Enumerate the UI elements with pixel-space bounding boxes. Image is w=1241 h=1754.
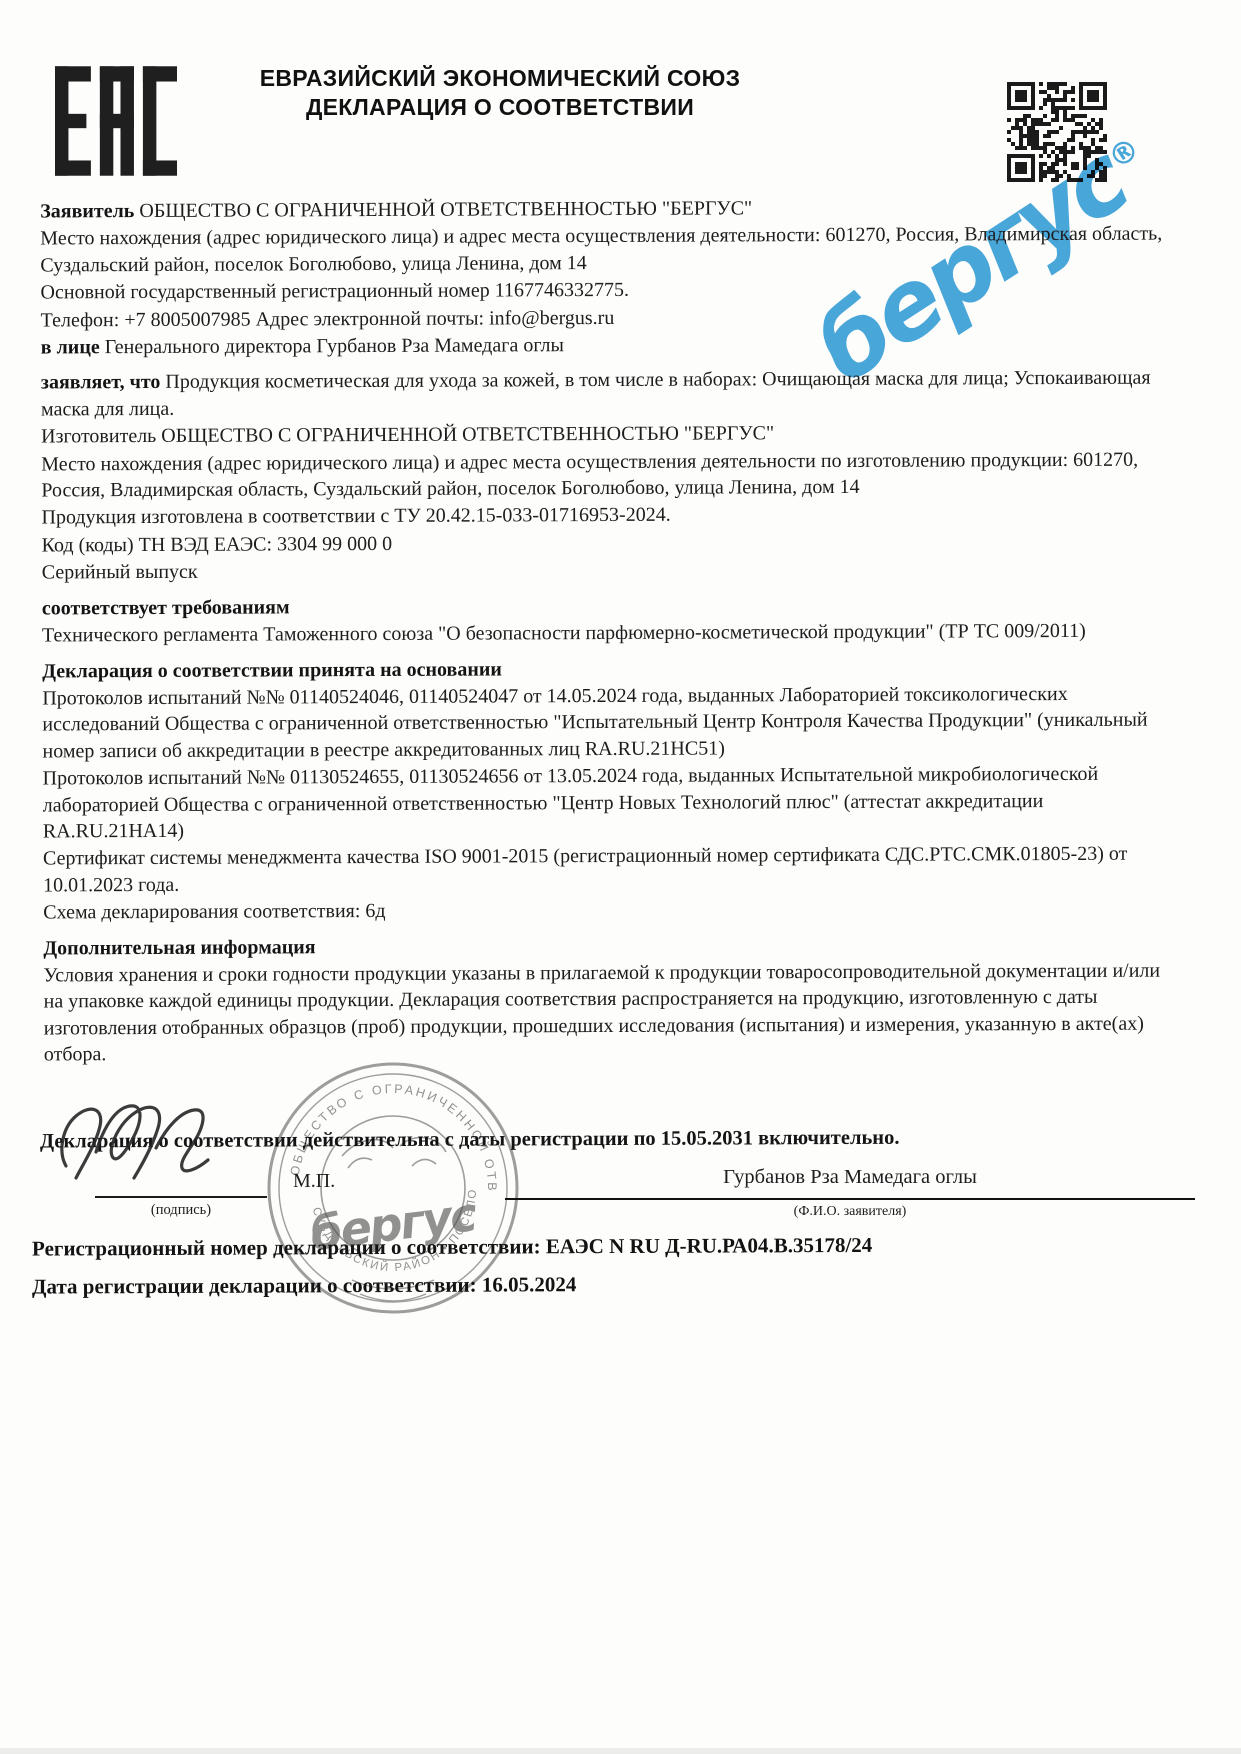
document-paragraph: в лице Генерального директора Гурбанов Р…	[41, 330, 1166, 361]
document-paragraph: Сертификат системы менеджмента качества …	[43, 841, 1168, 899]
signature	[52, 1082, 282, 1197]
document-paragraph: Место нахождения (адрес юридического лиц…	[40, 221, 1165, 279]
document-paragraph: заявляет, что Продукция косметическая дл…	[41, 365, 1166, 423]
title-line-1: ЕВРАЗИЙСКИЙ ЭКОНОМИЧЕСКИЙ СОЮЗ	[240, 64, 760, 93]
document-paragraph: Протоколов испытаний №№ 01140524046, 011…	[42, 680, 1167, 764]
registration-date-line: Дата регистрации декларации о соответств…	[32, 1269, 1202, 1299]
signature-caption: (подпись)	[95, 1202, 267, 1219]
document-paragraph: Схема декларирования соответствия: 6д	[43, 895, 1168, 926]
applicant-name: Гурбанов Рза Мамедага оглы	[505, 1166, 1195, 1189]
eac-logo	[55, 60, 177, 182]
registration-date-label: Дата регистрации декларации о соответств…	[32, 1273, 477, 1299]
signature-line	[95, 1196, 267, 1198]
document-body: Заявитель ОБЩЕСТВО С ОГРАНИЧЕННОЙ ОТВЕТС…	[40, 194, 1169, 1069]
registration-date-value: 16.05.2024	[482, 1272, 577, 1296]
registration-number-label: Регистрационный номер декларации о соотв…	[32, 1234, 541, 1260]
document-paragraph: Дополнительная информация	[43, 930, 1168, 961]
document-paragraph: Телефон: +7 8005007985 Адрес электронной…	[41, 302, 1166, 333]
document-paragraph: Код (коды) ТН ВЭД ЕАЭС: 3304 99 000 0	[42, 527, 1167, 558]
document-title: ЕВРАЗИЙСКИЙ ЭКОНОМИЧЕСКИЙ СОЮЗ ДЕКЛАРАЦИ…	[240, 64, 760, 122]
document-paragraph: Декларация о соответствии принята на осн…	[42, 653, 1167, 684]
qr-code	[1007, 82, 1107, 182]
document-paragraph: Заявитель ОБЩЕСТВО С ОГРАНИЧЕННОЙ ОТВЕТС…	[40, 194, 1165, 225]
registration-number-line: Регистрационный номер декларации о соотв…	[32, 1231, 1202, 1261]
document-paragraph: Условия хранения и сроки годности продук…	[43, 958, 1168, 1069]
registration-number-value: ЕАЭС N RU Д-RU.РА04.В.35178/24	[546, 1233, 873, 1258]
document-paragraph: Продукция изготовлена в соответствии с Т…	[41, 500, 1166, 531]
document-paragraph: Технического регламента Таможенного союз…	[42, 618, 1167, 649]
applicant-name-caption: (Ф.И.О. заявителя)	[505, 1204, 1195, 1220]
title-line-2: ДЕКЛАРАЦИЯ О СООТВЕТСТВИИ	[240, 93, 760, 122]
document-paragraph: Место нахождения (адрес юридического лиц…	[41, 446, 1166, 504]
registered-trademark-icon: ®	[1102, 131, 1146, 177]
document-paragraph: соответствует требованиям	[42, 590, 1167, 621]
declaration-document: ЕВРАЗИЙСКИЙ ЭКОНОМИЧЕСКИЙ СОЮЗ ДЕКЛАРАЦИ…	[0, 0, 1241, 1754]
document-paragraph: Протоколов испытаний №№ 01130524655, 011…	[43, 761, 1168, 845]
document-paragraph: Изготовитель ОБЩЕСТВО С ОГРАНИЧЕННОЙ ОТВ…	[41, 419, 1166, 450]
applicant-name-line	[505, 1198, 1195, 1200]
document-paragraph: Серийный выпуск	[42, 555, 1167, 586]
scan-edge-shadow	[0, 1748, 1241, 1754]
document-paragraph: Основной государственный регистрационный…	[40, 275, 1165, 306]
